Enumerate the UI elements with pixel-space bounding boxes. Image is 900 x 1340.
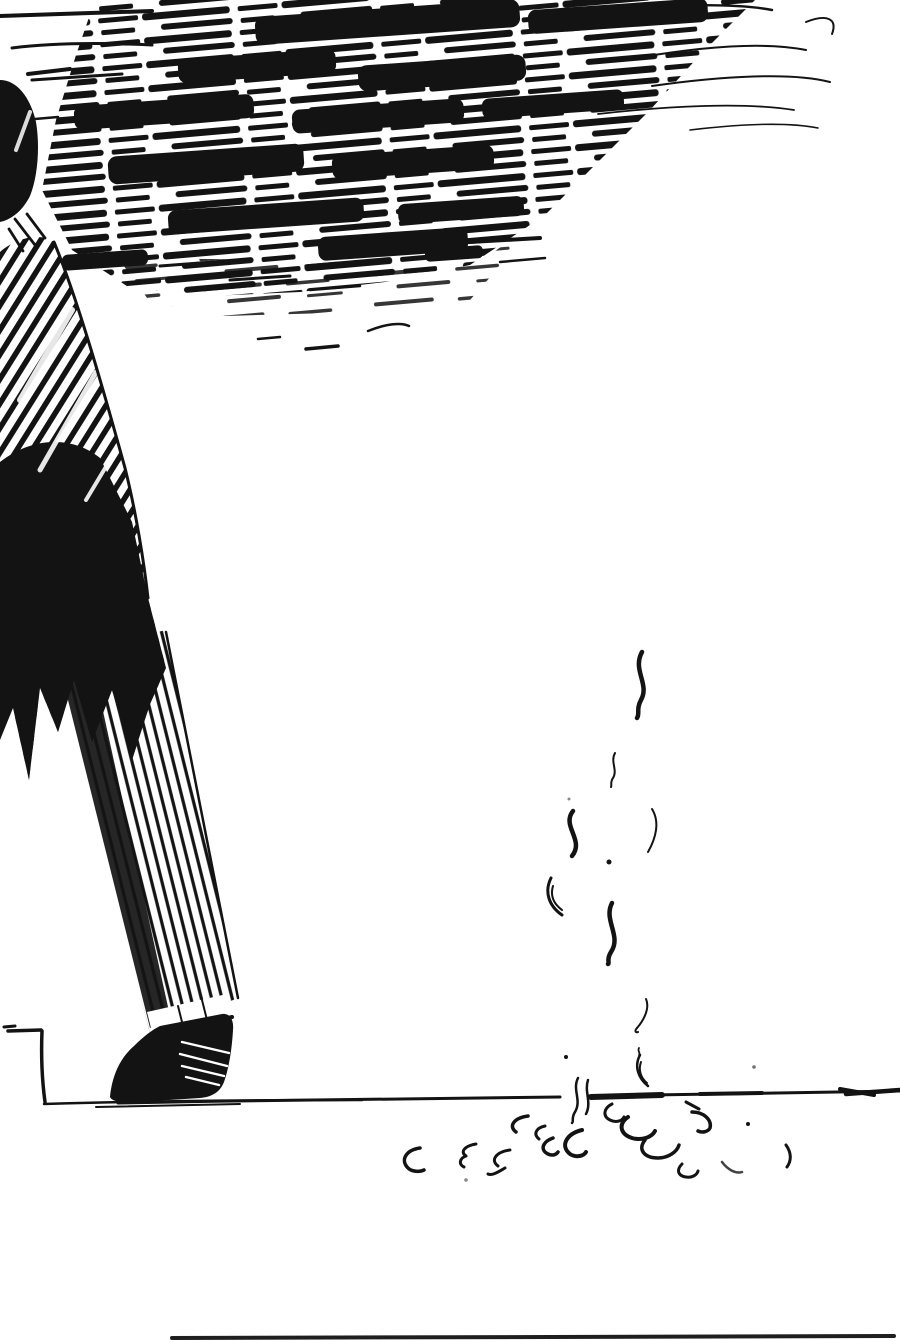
sketch-sheet: Hand-drawn black ink sketch on white pap… bbox=[0, 0, 900, 1340]
bottom-edge-line bbox=[172, 1336, 894, 1338]
ink-drawing: Hand-drawn black ink sketch on white pap… bbox=[0, 0, 900, 1340]
